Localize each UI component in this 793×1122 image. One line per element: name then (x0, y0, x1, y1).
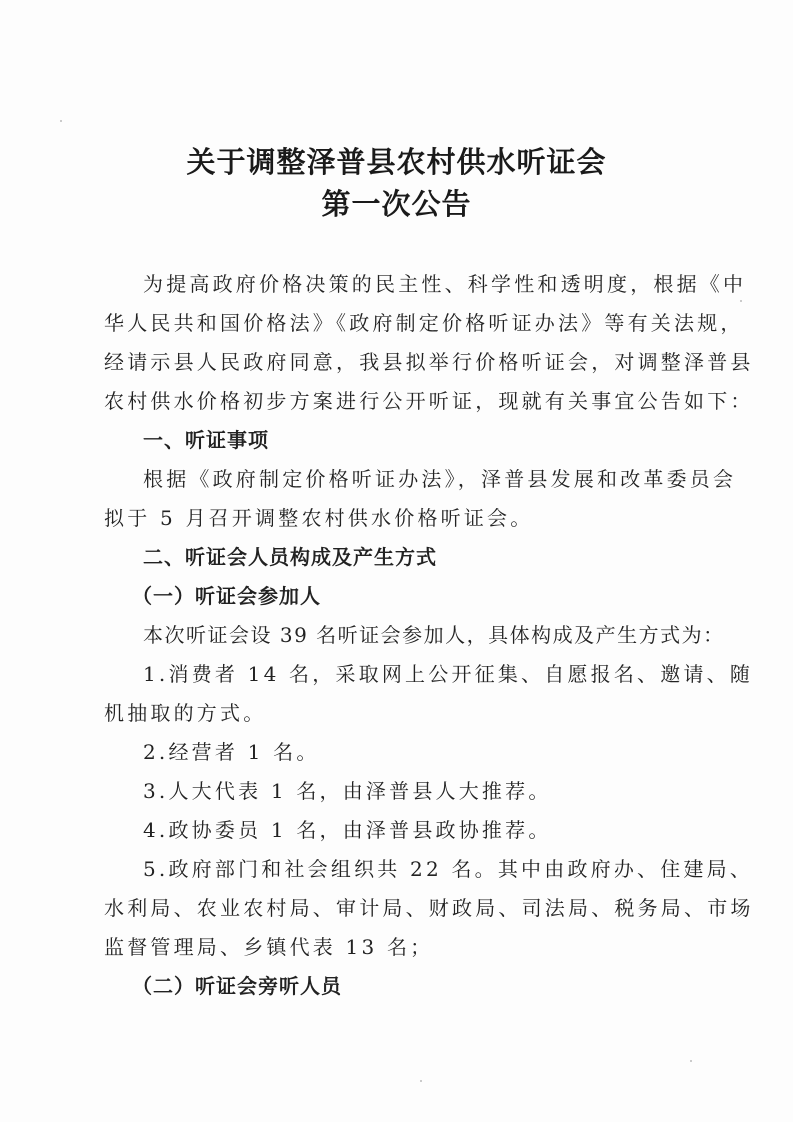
body-line: 水利局、农业农村局、审计局、财政局、司法局、税务局、市场 (104, 892, 696, 921)
body-line: 2.经营者 1 名。 (143, 736, 735, 765)
body-line: 根据《政府制定价格听证办法》，泽普县发展和改革委员会 (143, 463, 735, 492)
document-subtitle: 第一次公告 (0, 182, 793, 223)
subsection-heading: （二）听证会旁听人员 (132, 970, 724, 999)
intro-line: 农村供水价格初步方案进行公开听证，现就有关事宜公告如下： (104, 385, 696, 414)
body-line: 5.政府部门和社会组织共 22 名。其中由政府办、住建局、 (143, 853, 735, 882)
section-heading: 二、听证会人员构成及产生方式 (143, 541, 735, 570)
body-line: 机抽取的方式。 (104, 697, 696, 726)
intro-line: 为提高政府价格决策的民主性、科学性和透明度，根据《中 (143, 268, 735, 297)
document-page: 关于调整泽普县农村供水听证会 第一次公告 为提高政府价格决策的民主性、科学性和透… (0, 0, 793, 1122)
scan-speck (740, 300, 742, 302)
scan-speck (420, 1080, 422, 1082)
subsection-heading: （一）听证会参加人 (132, 580, 724, 609)
body-line: 监督管理局、乡镇代表 13 名； (104, 931, 696, 960)
scan-speck (60, 120, 62, 122)
body-line: 拟于 5 月召开调整农村供水价格听证会。 (104, 502, 696, 531)
body-line: 本次听证会设 39 名听证会参加人，具体构成及产生方式为： (143, 619, 735, 648)
intro-line: 华人民共和国价格法》《政府制定价格听证办法》等有关法规， (104, 307, 696, 336)
scan-speck (690, 1060, 692, 1062)
document-title: 关于调整泽普县农村供水听证会 (0, 140, 793, 181)
body-line: 4.政协委员 1 名，由泽普县政协推荐。 (143, 814, 735, 843)
section-heading: 一、听证事项 (143, 424, 735, 453)
body-line: 1.消费者 14 名，采取网上公开征集、自愿报名、邀请、随 (143, 658, 735, 687)
intro-line: 经请示县人民政府同意，我县拟举行价格听证会，对调整泽普县 (104, 346, 696, 375)
body-line: 3.人大代表 1 名，由泽普县人大推荐。 (143, 775, 735, 804)
